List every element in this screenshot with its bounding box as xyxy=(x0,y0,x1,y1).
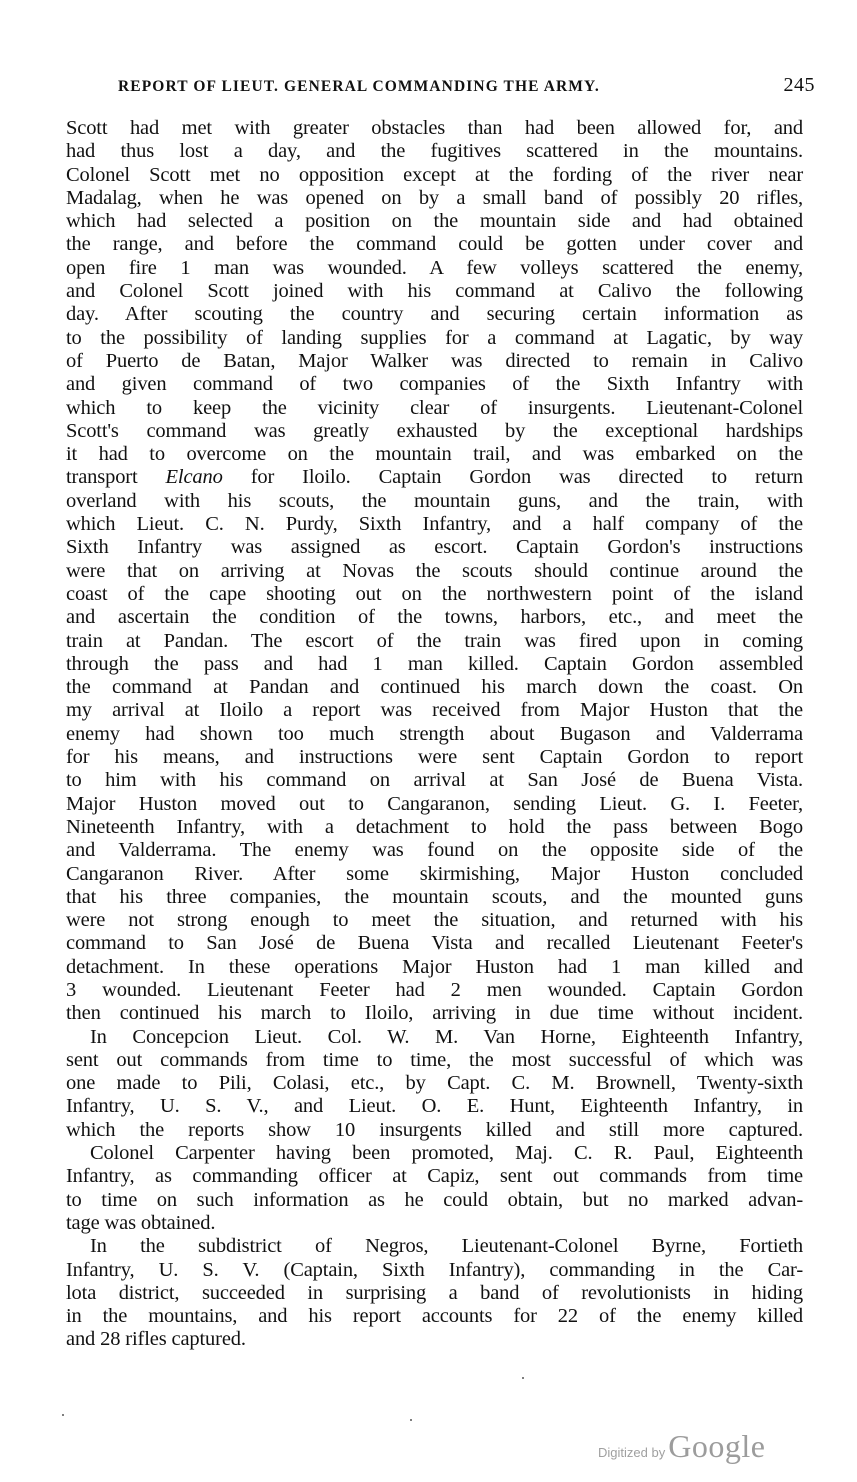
text-line: and given command of two companies of th… xyxy=(66,373,803,396)
text-line: 3 wounded. Lieutenant Feeter had 2 men w… xyxy=(66,979,803,1002)
text-line: In the subdistrict of Negros, Lieutenant… xyxy=(66,1235,803,1258)
text-line: were that on arriving at Novas the scout… xyxy=(66,560,803,583)
text-line: Sixth Infantry was assigned as escort. C… xyxy=(66,536,803,559)
body-text: Scott had met with greater obstacles tha… xyxy=(66,117,803,1352)
text-line: one made to Pili, Colasi, etc., by Capt.… xyxy=(66,1072,803,1095)
text-line: Infantry, U. S. V., and Lieut. O. E. Hun… xyxy=(66,1095,803,1118)
text-line: which to keep the vicinity clear of insu… xyxy=(66,397,803,420)
text-line: it had to overcome on the mountain trail… xyxy=(66,443,803,466)
running-head: REPORT OF LIEUT. GENERAL COMMANDING THE … xyxy=(118,74,815,98)
digitized-by-label: Digitized by xyxy=(598,1445,665,1460)
text-line: the command at Pandan and continued his … xyxy=(66,676,803,699)
text-line: were not strong enough to meet the situa… xyxy=(66,909,803,932)
text-line: coast of the cape shooting out on the no… xyxy=(66,583,803,606)
ship-name-italic: Elcano xyxy=(166,466,223,488)
text-line: which had selected a position on the mou… xyxy=(66,210,803,233)
google-logo-text: Google xyxy=(668,1428,765,1465)
text-line: and Colonel Scott joined with his comman… xyxy=(66,280,803,303)
text-line: detachment. In these operations Major Hu… xyxy=(66,956,803,979)
digitized-by-watermark: Digitized by Google xyxy=(598,1428,765,1465)
text-line: to him with his command on arrival at Sa… xyxy=(66,769,803,792)
text-line: Infantry, U. S. V. (Captain, Sixth Infan… xyxy=(66,1259,803,1282)
text-line: and 28 rifles captured. xyxy=(66,1328,803,1351)
text-line: for his means, and instructions were sen… xyxy=(66,746,803,769)
running-title: REPORT OF LIEUT. GENERAL COMMANDING THE … xyxy=(118,78,600,96)
text-line: which Lieut. C. N. Purdy, Sixth Infantry… xyxy=(66,513,803,536)
text-line: transport Elcano for Iloilo. Captain Gor… xyxy=(66,466,803,489)
text-line: command to San José de Buena Vista and r… xyxy=(66,932,803,955)
text-line: sent out commands from time to time, the… xyxy=(66,1049,803,1072)
book-page: REPORT OF LIEUT. GENERAL COMMANDING THE … xyxy=(0,0,857,1482)
text-fragment: for Iloilo. Captain Gordon was directed … xyxy=(223,466,803,488)
text-line: to the possibility of landing supplies f… xyxy=(66,327,803,350)
scan-speck xyxy=(62,1414,64,1416)
text-line: the range, and before the command could … xyxy=(66,233,803,256)
text-line: overland with his scouts, the mountain g… xyxy=(66,490,803,513)
text-line: in the mountains, and his report account… xyxy=(66,1305,803,1328)
text-line: Cangaranon River. After some skirmishing… xyxy=(66,863,803,886)
text-line: Madalag, when he was opened on by a smal… xyxy=(66,187,803,210)
text-line: Scott had met with greater obstacles tha… xyxy=(66,117,803,140)
page-number: 245 xyxy=(784,74,816,97)
text-line: Scott's command was greatly exhausted by… xyxy=(66,420,803,443)
text-line: tage was obtained. xyxy=(66,1212,803,1235)
text-line: then continued his march to Iloilo, arri… xyxy=(66,1002,803,1025)
text-line: Major Huston moved out to Cangaranon, se… xyxy=(66,793,803,816)
text-line: Colonel Carpenter having been promoted, … xyxy=(66,1142,803,1165)
text-line: Colonel Scott met no opposition except a… xyxy=(66,164,803,187)
text-line: and ascertain the condition of the towns… xyxy=(66,606,803,629)
scan-speck xyxy=(410,1419,412,1421)
text-line: which the reports show 10 insurgents kil… xyxy=(66,1119,803,1142)
text-line: train at Pandan. The escort of the train… xyxy=(66,630,803,653)
text-line: of Puerto de Batan, Major Walker was dir… xyxy=(66,350,803,373)
text-line: my arrival at Iloilo a report was receiv… xyxy=(66,699,803,722)
scan-speck xyxy=(522,1377,524,1379)
text-line: enemy had shown too much strength about … xyxy=(66,723,803,746)
text-line: In Concepcion Lieut. Col. W. M. Van Horn… xyxy=(66,1026,803,1049)
text-line: lota district, succeeded in surprising a… xyxy=(66,1282,803,1305)
text-line: through the pass and had 1 man killed. C… xyxy=(66,653,803,676)
text-fragment: transport xyxy=(66,466,166,488)
text-line: Nineteenth Infantry, with a detachment t… xyxy=(66,816,803,839)
text-line: had thus lost a day, and the fugitives s… xyxy=(66,140,803,163)
text-line: open fire 1 man was wounded. A few volle… xyxy=(66,257,803,280)
text-line: and Valderrama. The enemy was found on t… xyxy=(66,839,803,862)
text-line: day. After scouting the country and secu… xyxy=(66,303,803,326)
text-line: that his three companies, the mountain s… xyxy=(66,886,803,909)
text-line: to time on such information as he could … xyxy=(66,1189,803,1212)
text-line: Infantry, as commanding officer at Capiz… xyxy=(66,1165,803,1188)
